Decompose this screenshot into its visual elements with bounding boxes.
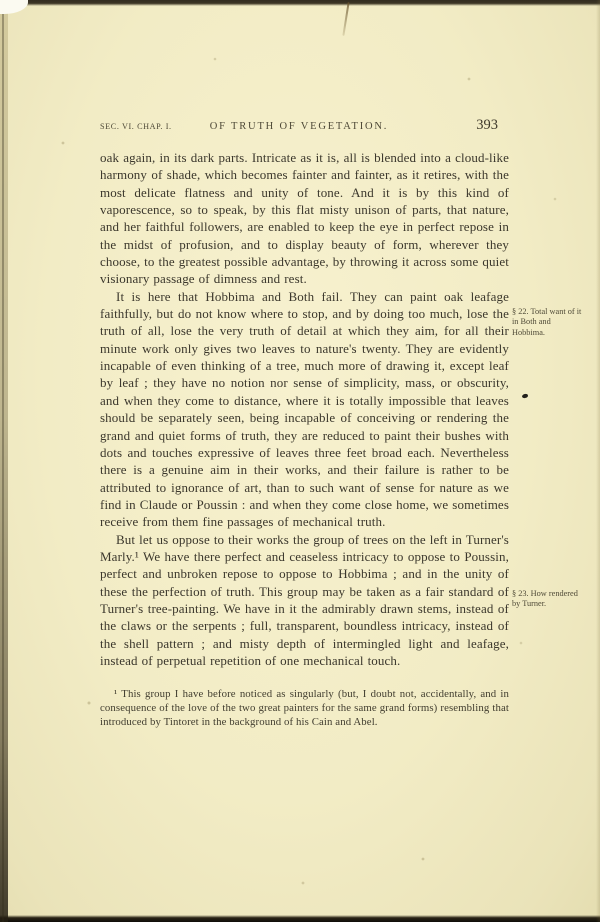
paragraph-hobbima-both: It is here that Hobbima and Both fail. T…: [100, 288, 509, 531]
running-header: SEC. VI. CHAP. I. OF TRUTH OF VEGETATION…: [100, 117, 509, 134]
scan-edge-left-binding: [0, 0, 8, 922]
scan-edge-top: [0, 0, 600, 6]
ink-speck: [522, 393, 529, 398]
page-number: 393: [399, 117, 510, 134]
margin-note-section-23: § 23. How rendered by Turner.: [509, 589, 582, 610]
scan-edge-bottom: [0, 915, 600, 922]
paragraph-turner-marly: But let us oppose to their works the gro…: [100, 531, 509, 670]
scan-edge-right: [596, 0, 600, 922]
running-title: OF TRUTH OF VEGETATION.: [200, 121, 399, 132]
scanned-book-page: SEC. VI. CHAP. I. OF TRUTH OF VEGETATION…: [0, 0, 600, 922]
printed-page-block: SEC. VI. CHAP. I. OF TRUTH OF VEGETATION…: [100, 117, 509, 730]
margin-note-section-22: § 22. Total want of it in Both and Hobbi…: [509, 307, 582, 338]
scratch-mark: [342, 2, 349, 36]
footnote: ¹ This group I have before noticed as si…: [100, 688, 509, 730]
body-text: oak again, in its dark parts. Intricate …: [100, 149, 509, 669]
paragraph-continuation: oak again, in its dark parts. Intricate …: [100, 149, 509, 288]
scan-corner-top-left: [0, 0, 28, 14]
section-chapter-label: SEC. VI. CHAP. I.: [100, 122, 200, 131]
